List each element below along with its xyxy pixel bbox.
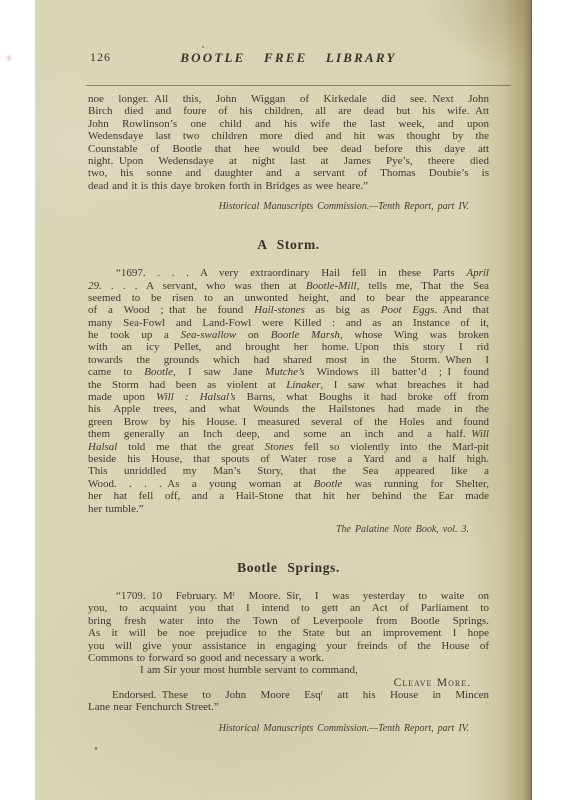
text-line: made upon Will : Halsal’s Barns, what Bo… [88,391,489,403]
source-attribution: Historical Manuscripts Commission.—Tenth… [88,200,469,213]
header-rule [86,85,511,86]
text-line: Halsal told me that the great Stones fel… [88,441,489,453]
scan-speck [95,747,97,750]
text-line: green Brow by his House. I measured seve… [88,416,489,428]
text-line: many Sea-Fowl and Land-Fowl were Killed … [88,317,489,329]
text-line: Birch died and foure of his children, al… [88,105,489,117]
text-line: Lane near Fenchurch Street.” [88,701,489,713]
text-line: Counstable of Bootle that hee would bee … [88,143,489,155]
text-line: you, to acquaint you that I intend to ge… [88,602,489,614]
source-attribution: Historical Manuscripts Commission.—Tenth… [88,722,469,735]
text-line: Commons to forward so good and necessary… [88,652,489,664]
text-line: them generally an Inch deep, and some an… [88,428,489,440]
text-line: “1697. . . . A very extraordinary Hail f… [88,267,489,279]
text-line: the Storm had been as violent at Linaker… [88,379,489,391]
text-blocks: noe longer. All this, John Wiggan of Kir… [88,93,489,735]
source-attribution: The Palatine Note Book, vol. 3. [88,523,469,536]
text-line: This unriddled my Man’s Story, that the … [88,465,489,477]
text-line: beside his House, that spouts of Water r… [88,453,489,465]
text-line: night. Upon Wedensdaye at night last at … [88,155,489,167]
text-line: you will give your assistance in engagin… [88,640,489,652]
text-line: came to Bootle, I saw Jane Mutche’s Wind… [88,366,489,378]
scan-speck [7,55,11,61]
text-line: with an icy Pellet, and brought her home… [88,341,489,353]
text-line: 29. . . . A servant, who was then at Boo… [88,280,489,292]
text-line: Cleave More. [88,677,489,689]
running-title: BOOTLE FREE LIBRARY [88,50,489,66]
section-heading: Bootle Springs. [88,560,489,576]
text-line: Endorsed. These to John Moore Esqr att h… [88,689,489,701]
text-line: noe longer. All this, John Wiggan of Kir… [88,93,489,105]
text-line: towards the grounds which had shared mos… [88,354,489,366]
scanned-page: 126 BOOTLE FREE LIBRARY noe longer. All … [35,0,532,800]
body-paragraph: “1709. 10 February. Mr Moore. Sir, I was… [88,590,489,714]
text-line: seemed to be risen to an unwonted height… [88,292,489,304]
text-line: his Apple trees, and what Wounds the Hai… [88,403,489,415]
text-line: “1709. 10 February. Mr Moore. Sir, I was… [88,590,489,602]
text-line: Wood. . . . As a young woman at Bootle w… [88,478,489,490]
text-line: bring fresh water into the Town of Lever… [88,615,489,627]
text-line: of a Wood ; that he found Hail-stones as… [88,304,489,316]
text-line: I am Sir your most humble servant to com… [88,664,489,676]
body-paragraph: noe longer. All this, John Wiggan of Kir… [88,93,489,192]
scan-speck [202,46,204,48]
text-line: As it will be noe prejudice to the State… [88,627,489,639]
text-line: her tumble.” [88,503,489,515]
page-header: 126 BOOTLE FREE LIBRARY [88,50,489,65]
text-line: John Rowlinson’s one child and his wife … [88,118,489,130]
text-line: he took up a Sea-swallow on Bootle Marsh… [88,329,489,341]
text-line: two, his sonne and daughter and a servan… [88,167,489,179]
text-line: dead and it is this daye broken forth in… [88,180,489,192]
text-line: her hat fell off, and a Hail-Stone that … [88,490,489,502]
section-heading: A Storm. [88,237,489,253]
text-line: Wedensdaye last two children more died a… [88,130,489,142]
page-content: 126 BOOTLE FREE LIBRARY noe longer. All … [35,0,531,800]
scan-viewport: 126 BOOTLE FREE LIBRARY noe longer. All … [0,0,566,800]
body-paragraph: “1697. . . . A very extraordinary Hail f… [88,267,489,515]
